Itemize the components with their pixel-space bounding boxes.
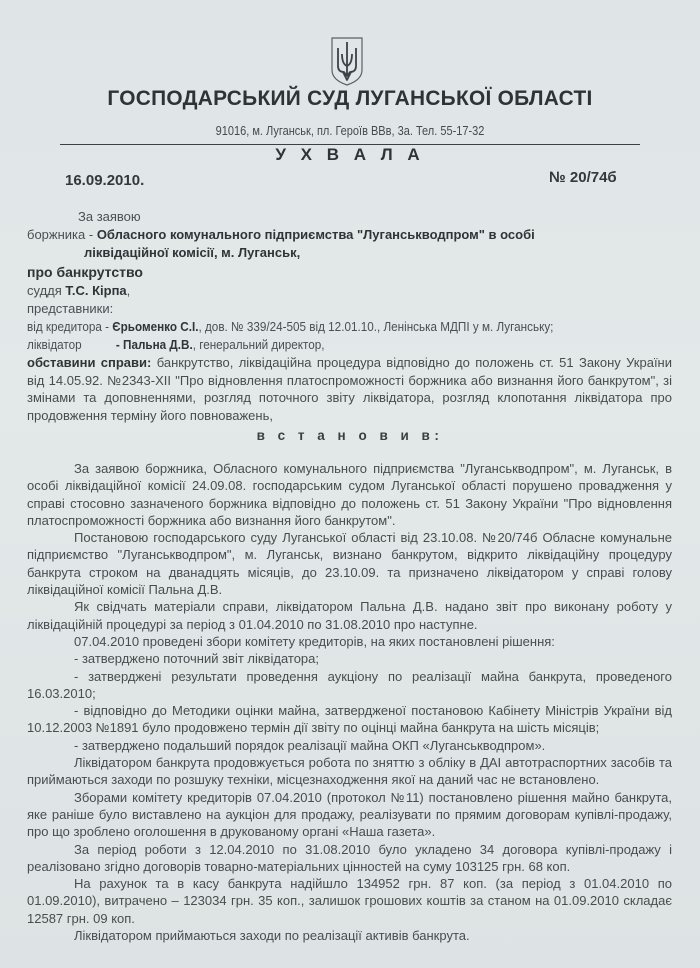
creditor-name: Єрьоменко С.І.	[112, 319, 198, 334]
application-label: За заявою	[78, 208, 141, 226]
judge-suffix: ,	[127, 283, 131, 298]
document-type-title: У Х В А Л А	[0, 145, 700, 165]
court-name: ГОСПОДАРСЬКИЙ СУД ЛУГАНСЬКОЇ ОБЛАСТІ	[11, 86, 690, 111]
circumstances-label: обставини справи:	[27, 355, 151, 370]
liquidator-line: ліквідатор- Пальна Д.В., генеральний дир…	[27, 336, 358, 354]
body-paragraph: Як свідчать матеріали справи, ліквідатор…	[27, 598, 672, 633]
debtor-name-continued: ліквідаційної комісії, м. Луганськ,	[84, 244, 300, 262]
body-paragraph: На рахунок та в касу банкрута надійшло 1…	[27, 875, 672, 927]
body-list-item: - відповідно до Методики оцінки майна, з…	[27, 702, 672, 737]
judge-name: Т.С. Кірпа	[65, 283, 126, 298]
debtor-line: боржника - Обласного комунального підпри…	[27, 226, 535, 244]
case-circumstances: обставини справи: банкрутство, ліквідаці…	[27, 354, 672, 424]
established-heading: в с т а н о в и в:	[0, 428, 700, 443]
body-list-item: - затверджено подальший порядок реалізац…	[27, 737, 672, 754]
case-number: № 20/74б	[549, 169, 617, 186]
court-ruling-document: ГОСПОДАРСЬКИЙ СУД ЛУГАНСЬКОЇ ОБЛАСТІ 910…	[0, 0, 700, 968]
ruling-body: За заявою боржника, Обласного комунально…	[27, 460, 672, 944]
liquidator-details: , генеральний директор,	[193, 337, 325, 352]
body-paragraph: За заявою боржника, Обласного комунально…	[27, 460, 672, 529]
body-paragraph: 07.04.2010 проведені збори комітету кред…	[27, 633, 672, 650]
judge-line: суддя Т.С. Кірпа,	[27, 282, 130, 300]
body-paragraph: Ліквідатором приймаються заходи по реалі…	[27, 927, 672, 944]
liquidator-label: ліквідатор	[27, 337, 82, 352]
body-list-item: - затверджено поточний звіт ліквідатора;	[27, 650, 672, 667]
case-subject: про банкрутство	[27, 264, 143, 280]
body-paragraph: Постановою господарського суду Лугансько…	[27, 529, 672, 598]
creditor-details: , дов. № 339/24-505 від 12.01.10., Ленін…	[198, 319, 553, 334]
trident-coat-of-arms-icon	[329, 36, 365, 86]
liquidator-name: Пальна Д.В.	[123, 337, 193, 352]
body-paragraph: Зборами комітету кредиторів 07.04.2010 (…	[27, 789, 672, 841]
debtor-name: Обласного комунального підприємства "Луг…	[97, 227, 535, 242]
liquidator-dash: -	[116, 337, 123, 352]
ruling-date: 16.09.2010.	[65, 172, 144, 189]
creditor-label: від кредитора -	[27, 319, 112, 334]
debtor-label: боржника -	[27, 227, 97, 242]
body-list-item: - затверджені результати проведення аукц…	[27, 668, 672, 703]
judge-label: суддя	[27, 283, 65, 298]
body-paragraph: За період роботи з 12.04.2010 по 31.08.2…	[27, 841, 672, 876]
body-paragraph: Ліквідатором банкрута продовжується робо…	[27, 754, 672, 789]
court-address: 91016, м. Луганськ, пл. Героїв ВВв, 3а. …	[42, 124, 658, 138]
creditor-line: від кредитора - Єрьоменко С.І., дов. № 3…	[27, 318, 612, 336]
representatives-label: представники:	[27, 300, 113, 318]
